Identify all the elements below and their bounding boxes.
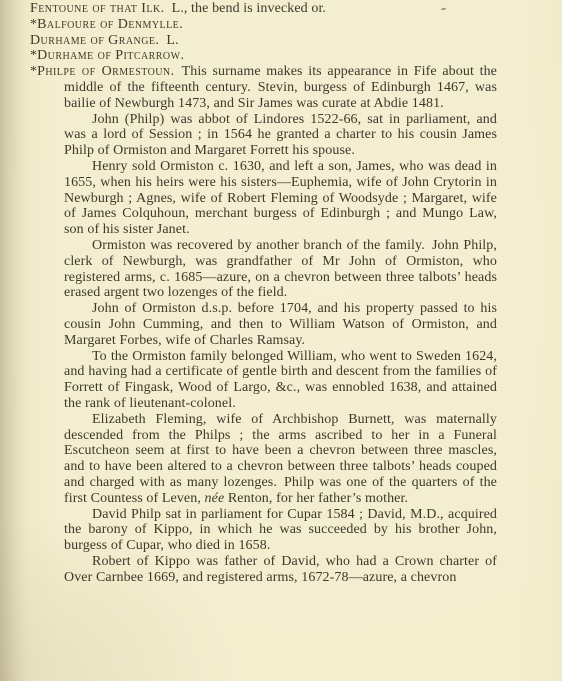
- paragraph-robert-of-kippo: Robert of Kippo was father of David, who…: [64, 554, 497, 586]
- page-text: Fentoune of that Ilk.L., the bend is inv…: [30, 1, 497, 585]
- entry-note: L.: [166, 33, 178, 48]
- paragraph-david-philp-parliament: David Philp sat in parliament for Cupar …: [64, 507, 497, 554]
- book-page: Fentoune of that Ilk.L., the bend is inv…: [0, 0, 562, 681]
- paragraph-william-sweden: To the Ormiston family belonged William,…: [64, 349, 497, 412]
- paragraph-john-philp-abbot: John (Philp) was abbot of Lindores 1522-…: [64, 112, 497, 159]
- entry-name: Fentoune of that Ilk.: [30, 1, 165, 16]
- heraldry-entry-fentoune: Fentoune of that Ilk.L., the bend is inv…: [30, 1, 497, 17]
- page-gutter-shadow: [0, 0, 26, 681]
- paragraph-henry-sold-ormiston: Henry sold Ormiston c. 1630, and left a …: [64, 159, 497, 238]
- entry-name: Philpe of Ormestoun.: [37, 64, 174, 79]
- paragraph-john-of-ormiston-dsp: John of Ormiston d.s.p. before 1704, and…: [64, 301, 497, 348]
- heraldry-entry-durhame-grange: Durhame of Grange.L.: [30, 33, 497, 49]
- paragraph-ormiston-recovered: Ormiston was recovered by another branch…: [64, 238, 497, 301]
- paragraph-segment: Renton, for her father’s mother.: [224, 491, 408, 506]
- heraldry-entry-durhame-pitcarrow: *Durhame of Pitcarrow.: [30, 48, 497, 64]
- entry-name: Durhame of Grange.: [30, 33, 159, 48]
- heraldry-entry-balfoure: *Balfoure of Denmylle.: [30, 17, 497, 33]
- entry-name: Durhame of Pitcarrow.: [37, 48, 184, 63]
- paragraph-segment-italic: née: [205, 491, 225, 506]
- paragraph-elizabeth-fleming: Elizabeth Fleming, wife of Archbishop Bu…: [64, 412, 497, 507]
- entry-name: Balfoure of Denmylle.: [37, 17, 183, 32]
- entry-note: L., the bend is invecked or.: [172, 1, 326, 16]
- heraldry-entry-philpe: *Philpe of Ormestoun.This surname makes …: [30, 64, 497, 111]
